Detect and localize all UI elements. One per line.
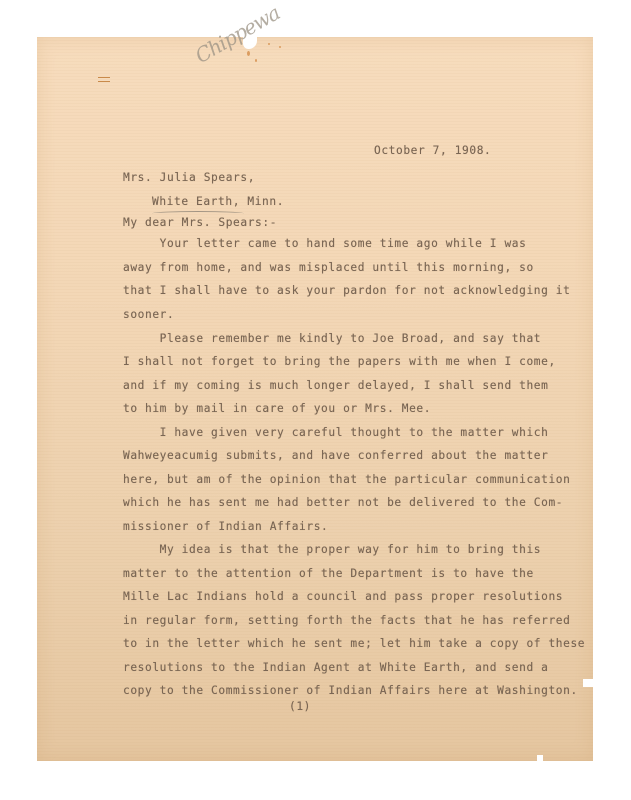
recipient-name: Mrs. Julia Spears,	[123, 171, 255, 184]
body-line: away from home, and was misplaced until …	[123, 261, 534, 274]
rust-stain	[255, 59, 257, 62]
rust-stain	[247, 51, 250, 56]
body-line: I shall not forget to bring the papers w…	[123, 355, 556, 368]
paper-tear-bottom	[537, 755, 543, 764]
recipient-address: White Earth, Minn.	[152, 195, 284, 208]
letter-paper	[37, 37, 593, 761]
rust-stain	[279, 46, 281, 48]
page-number: (1)	[289, 700, 311, 713]
body-line: and if my coming is much longer delayed,…	[123, 379, 548, 392]
body-line: which he has sent me had better not be d…	[123, 496, 563, 509]
body-line: that I shall have to ask your pardon for…	[123, 284, 570, 297]
body-line: here, but am of the opinion that the par…	[123, 473, 570, 486]
body-line: I have given very careful thought to the…	[123, 426, 548, 439]
body-line: to him by mail in care of you or Mrs. Me…	[123, 402, 431, 415]
body-line: matter to the attention of the Departmen…	[123, 567, 534, 580]
salutation: My dear Mrs. Spears:-	[123, 216, 277, 229]
paper-tear-right	[583, 679, 597, 687]
body-line: copy to the Commissioner of Indian Affai…	[123, 684, 578, 697]
body-line: sooner.	[123, 308, 174, 321]
body-line: resolutions to the Indian Agent at White…	[123, 661, 548, 674]
body-line: missioner of Indian Affairs.	[123, 520, 328, 533]
rust-stain	[268, 43, 270, 45]
body-line: Your letter came to hand some time ago w…	[123, 237, 526, 250]
edge-mark	[98, 77, 110, 82]
body-line: Mille Lac Indians hold a council and pas…	[123, 590, 563, 603]
body-line: My idea is that the proper way for him t…	[123, 543, 541, 556]
body-line: Wahweyeacumig submits, and have conferre…	[123, 449, 548, 462]
letter-date: October 7, 1908.	[374, 144, 491, 157]
body-line: Please remember me kindly to Joe Broad, …	[123, 332, 541, 345]
body-line: to in the letter which he sent me; let h…	[123, 637, 585, 650]
body-line: in regular form, setting forth the facts…	[123, 614, 570, 627]
